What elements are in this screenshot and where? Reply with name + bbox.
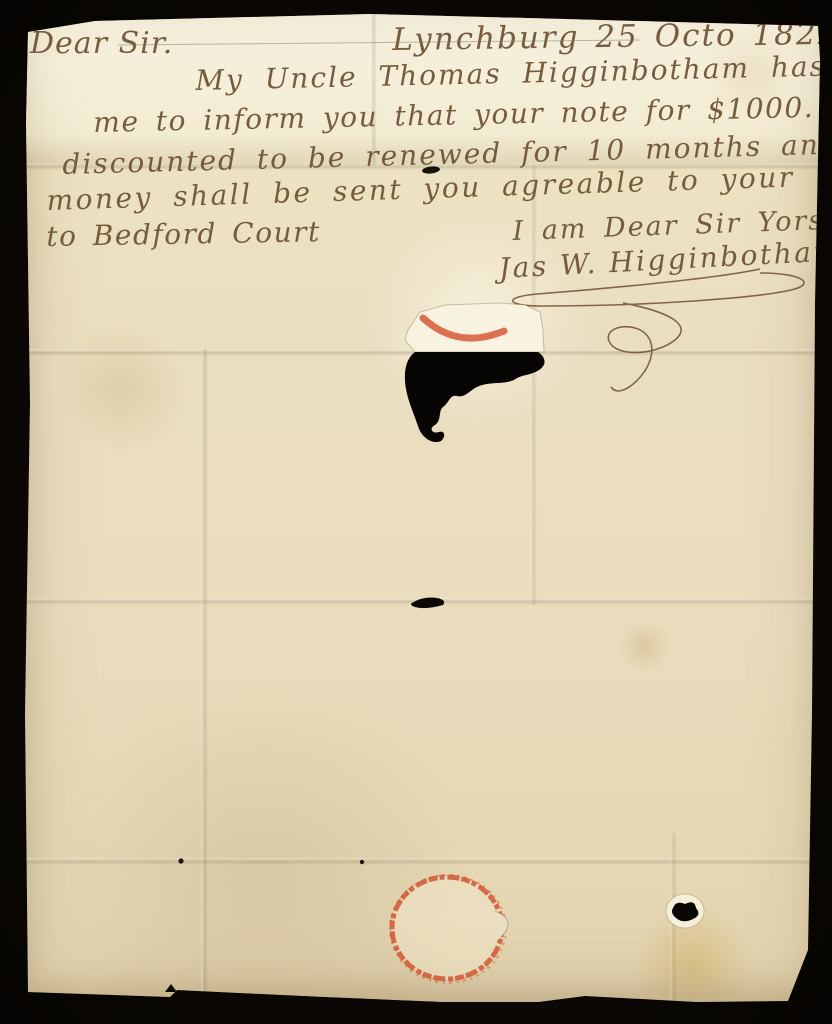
wax-residue-arc [423, 318, 504, 338]
salutation-text: Dear Sir. [30, 26, 173, 61]
bottom-edge-notch [165, 984, 177, 992]
signature-flourish [513, 269, 804, 391]
fold-crease-horizontal-3 [25, 598, 820, 605]
fold-crease-vertical-4 [670, 833, 677, 1002]
seal-flap-tab [495, 911, 508, 941]
seal-tear-flap [405, 303, 544, 352]
pinhole-left [178, 858, 183, 863]
pinhole-right [360, 860, 364, 864]
wax-seal-imprint [390, 875, 508, 983]
fold-crease-horizontal-2 [25, 349, 820, 356]
letter-paper: Dear Sir. Lynchburg 25 Octo 1822 My Uncl… [25, 13, 820, 1002]
small-tear [666, 894, 704, 928]
fold-crease-vertical-1 [201, 349, 208, 999]
fold-crease-horizontal-4 [25, 858, 820, 865]
body-line-5: to Bedford Court [46, 215, 321, 253]
ink-blot-middle [411, 598, 444, 609]
torn-seal-hole [405, 352, 545, 442]
